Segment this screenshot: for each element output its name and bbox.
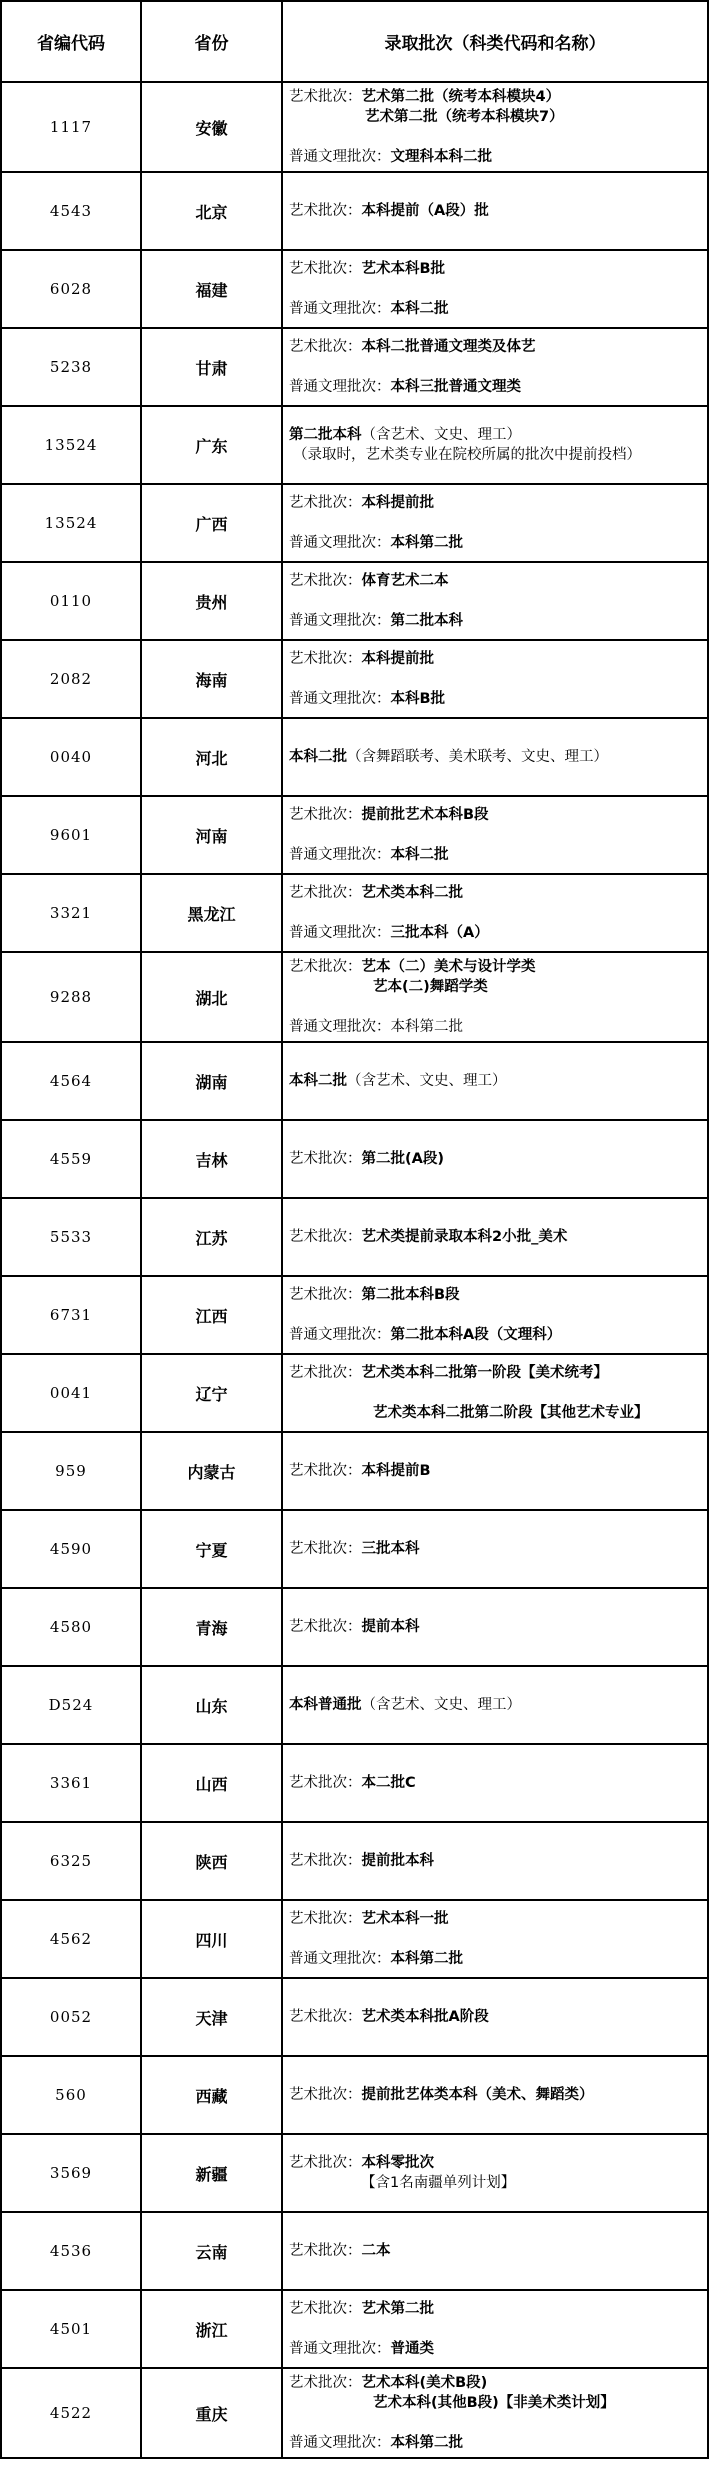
batch-line: 艺术第二批（统考本科模块7） — [289, 107, 705, 127]
province-code-cell: 5238 — [1, 328, 141, 406]
batch-label: 艺术批次： — [289, 2301, 362, 2317]
province-code-cell: 5533 — [1, 1198, 141, 1276]
batch-cell: 艺术批次：本科提前（A段）批 — [282, 172, 708, 250]
batch-line: 艺术批次：艺术类本科批A阶段 — [289, 2007, 705, 2027]
batch-label: 艺术批次： — [289, 1619, 362, 1635]
batch-value: 第二批本科B段 — [362, 1287, 460, 1303]
batch-label: （录取时，艺术类专业在院校所属的批次中提前投档） — [293, 447, 641, 463]
table-row: 5238甘肃艺术批次：本科二批普通文理类及体艺普通文理批次：本科三批普通文理类 — [1, 328, 708, 406]
batch-line: 普通文理批次：本科第二批 — [289, 1949, 705, 1969]
batch-cell: 艺术批次：本科提前批普通文理批次：本科B批 — [282, 640, 708, 718]
batch-value: 本科二批 — [391, 301, 449, 317]
batch-label: 艺术批次： — [289, 1463, 362, 1479]
province-code-cell: 4543 — [1, 172, 141, 250]
table-row: 4559吉林艺术批次：第二批(A段) — [1, 1120, 708, 1198]
batch-value: 本科提前批 — [362, 495, 435, 511]
province-name-cell: 重庆 — [141, 2368, 282, 2458]
batch-label: 艺术批次： — [289, 261, 362, 277]
batch-value: 三批本科（A） — [391, 925, 489, 941]
province-name-cell: 云南 — [141, 2212, 282, 2290]
admission-batch-table: 省编代码 省份 录取批次（科类代码和名称） 1117安徽艺术批次：艺术第二批（统… — [0, 0, 709, 2459]
batch-label: 艺术批次： — [289, 1775, 362, 1791]
batch-cell: 艺术批次：艺术类本科二批普通文理批次：三批本科（A） — [282, 874, 708, 952]
province-name-cell: 山西 — [141, 1744, 282, 1822]
batch-label: （含舞蹈联考、美术联考、文史、理工） — [347, 749, 608, 765]
batch-line: 艺术批次：艺术第二批（统考本科模块4） — [289, 87, 705, 107]
table-row: 560西藏艺术批次：提前批艺体类本科（美术、舞蹈类） — [1, 2056, 708, 2134]
batch-label: 普通文理批次： — [289, 379, 391, 395]
batch-value: 艺术第二批 — [362, 2301, 435, 2317]
batch-value: 本科三批普通文理类 — [391, 379, 522, 395]
batch-label: 普通文理批次： — [289, 925, 391, 941]
table-row: 13524广东第二批本科（含艺术、文史、理工）（录取时，艺术类专业在院校所属的批… — [1, 406, 708, 484]
batch-line: 艺术批次：提前批本科 — [289, 1851, 705, 1871]
batch-cell: 艺术批次：艺本（二）美术与设计学类艺本(二)舞蹈学类普通文理批次：本科第二批 — [282, 952, 708, 1042]
table-header: 省编代码 省份 录取批次（科类代码和名称） — [1, 1, 708, 82]
batch-cell: 艺术批次：提前批本科 — [282, 1822, 708, 1900]
batch-label: 艺术批次： — [289, 1287, 362, 1303]
province-code-cell: 13524 — [1, 484, 141, 562]
batch-value: 本科零批次 — [362, 2155, 435, 2171]
table-row: 4580青海艺术批次：提前本科 — [1, 1588, 708, 1666]
province-name-cell: 海南 — [141, 640, 282, 718]
batch-value: 第二批本科 — [391, 613, 464, 629]
batch-value: 提前批艺术本科B段 — [362, 807, 489, 823]
batch-value: 艺本(二)舞蹈学类 — [373, 979, 488, 995]
batch-cell: 艺术批次：提前本科 — [282, 1588, 708, 1666]
province-code-cell: 0052 — [1, 1978, 141, 2056]
batch-line: 艺术批次：第二批本科B段 — [289, 1285, 705, 1305]
province-code-cell: 1117 — [1, 82, 141, 172]
table-row: 6028福建艺术批次：艺术本科B批普通文理批次：本科二批 — [1, 250, 708, 328]
province-name-cell: 贵州 — [141, 562, 282, 640]
table-row: 4564湖南本科二批（含艺术、文史、理工） — [1, 1042, 708, 1120]
batch-label: 艺术批次： — [289, 2087, 362, 2103]
batch-cell: 艺术批次：体育艺术二本普通文理批次：第二批本科 — [282, 562, 708, 640]
batch-line: 艺本(二)舞蹈学类 — [289, 977, 705, 997]
province-code-cell: 9601 — [1, 796, 141, 874]
batch-label: 艺术批次： — [289, 495, 362, 511]
batch-value: 艺术类本科二批 — [362, 885, 464, 901]
province-code-cell: 4590 — [1, 1510, 141, 1588]
batch-label: （含艺术、文史、理工） — [347, 1073, 507, 1089]
batch-line: 普通文理批次：普通类 — [289, 2339, 705, 2359]
batch-line: 第二批本科（含艺术、文史、理工） — [289, 425, 705, 445]
table-row: 4562四川艺术批次：艺术本科一批普通文理批次：本科第二批 — [1, 1900, 708, 1978]
batch-value: 文理科本科二批 — [391, 149, 493, 165]
province-name-cell: 山东 — [141, 1666, 282, 1744]
batch-value: 艺术第二批（统考本科模块7） — [365, 109, 564, 125]
batch-line: 艺术批次：艺术本科(美术B段) — [289, 2373, 705, 2393]
batch-value: 艺术本科(美术B段) — [362, 2375, 488, 2391]
province-name-cell: 河北 — [141, 718, 282, 796]
batch-label: 普通文理批次： — [289, 1951, 391, 1967]
province-name-cell: 青海 — [141, 1588, 282, 1666]
batch-value: 艺术类本科二批第一阶段【美术统考】 — [362, 1365, 609, 1381]
batch-value: 本科提前（A段）批 — [362, 203, 489, 219]
batch-label: 普通文理批次： — [289, 1019, 391, 1035]
batch-line: 普通文理批次：文理科本科二批 — [289, 147, 705, 167]
table-row: 2082海南艺术批次：本科提前批普通文理批次：本科B批 — [1, 640, 708, 718]
province-name-cell: 安徽 — [141, 82, 282, 172]
batch-cell: 艺术批次：艺术类本科二批第一阶段【美术统考】艺术类本科二批第二阶段【其他艺术专业… — [282, 1354, 708, 1432]
batch-cell: 艺术批次：艺术本科一批普通文理批次：本科第二批 — [282, 1900, 708, 1978]
batch-cell: 本科二批（含舞蹈联考、美术联考、文史、理工） — [282, 718, 708, 796]
batch-label: 普通文理批次： — [289, 2341, 391, 2357]
batch-cell: 艺术批次：艺术第二批（统考本科模块4）艺术第二批（统考本科模块7）普通文理批次：… — [282, 82, 708, 172]
batch-value: 第二批本科A段（文理科） — [391, 1327, 562, 1343]
batch-label: 艺术批次： — [289, 1365, 362, 1381]
province-name-cell: 甘肃 — [141, 328, 282, 406]
province-code-cell: 3321 — [1, 874, 141, 952]
batch-value: 本科二批 — [391, 847, 449, 863]
batch-label: 艺术批次： — [289, 1229, 362, 1245]
province-code-cell: 0110 — [1, 562, 141, 640]
batch-line: 艺术本科(其他B段)【非美术类计划】 — [289, 2393, 705, 2413]
batch-value: 本科二批 — [289, 1073, 347, 1089]
batch-cell: 艺术批次：本二批C — [282, 1744, 708, 1822]
province-code-cell: 6325 — [1, 1822, 141, 1900]
province-code-cell: 13524 — [1, 406, 141, 484]
batch-label: 普通文理批次： — [289, 847, 391, 863]
batch-line: 本科二批（含艺术、文史、理工） — [289, 1071, 705, 1091]
batch-line: 艺术批次：本科零批次 — [289, 2153, 705, 2173]
batch-line: 普通文理批次：本科三批普通文理类 — [289, 377, 705, 397]
province-code-cell: 6028 — [1, 250, 141, 328]
table-row: 0110贵州艺术批次：体育艺术二本普通文理批次：第二批本科 — [1, 562, 708, 640]
province-name-cell: 湖北 — [141, 952, 282, 1042]
batch-label: 艺术批次： — [289, 2009, 362, 2025]
batch-line: 艺术批次：本科提前批 — [289, 493, 705, 513]
table-row: 4536云南艺术批次：二本 — [1, 2212, 708, 2290]
batch-line: 艺术批次：艺术本科B批 — [289, 259, 705, 279]
batch-line: 艺术批次：体育艺术二本 — [289, 571, 705, 591]
batch-value: 体育艺术二本 — [362, 573, 449, 589]
table-row: 6325陕西艺术批次：提前批本科 — [1, 1822, 708, 1900]
batch-label: 艺术批次： — [289, 2155, 362, 2171]
batch-line: 艺术批次：艺术第二批 — [289, 2299, 705, 2319]
table-row: 9601河南艺术批次：提前批艺术本科B段普通文理批次：本科二批 — [1, 796, 708, 874]
header-col-batch: 录取批次（科类代码和名称） — [282, 1, 708, 82]
table-row: 4543北京艺术批次：本科提前（A段）批 — [1, 172, 708, 250]
province-code-cell: 0040 — [1, 718, 141, 796]
batch-value: 本科普通批 — [289, 1697, 362, 1713]
batch-line: 艺术批次：提前批艺体类本科（美术、舞蹈类） — [289, 2085, 705, 2105]
table-row: 3321黑龙江艺术批次：艺术类本科二批普通文理批次：三批本科（A） — [1, 874, 708, 952]
batch-value: 本科提前批 — [362, 651, 435, 667]
province-code-cell: 4564 — [1, 1042, 141, 1120]
batch-line: 普通文理批次：本科B批 — [289, 689, 705, 709]
table-row: 4501浙江艺术批次：艺术第二批普通文理批次：普通类 — [1, 2290, 708, 2368]
batch-line: （录取时，艺术类专业在院校所属的批次中提前投档） — [289, 445, 705, 465]
batch-line: 艺术批次：本科二批普通文理类及体艺 — [289, 337, 705, 357]
table-row: D524山东本科普通批（含艺术、文史、理工） — [1, 1666, 708, 1744]
batch-value: 艺术类本科二批第二阶段【其他艺术专业】 — [373, 1405, 649, 1421]
province-code-cell: 9288 — [1, 952, 141, 1042]
batch-cell: 艺术批次：艺术第二批普通文理批次：普通类 — [282, 2290, 708, 2368]
batch-value: 本科二批普通文理类及体艺 — [362, 339, 536, 355]
batch-label: 普通文理批次： — [289, 149, 391, 165]
batch-label: 普通文理批次： — [289, 1327, 391, 1343]
province-name-cell: 宁夏 — [141, 1510, 282, 1588]
batch-line: 艺术批次：艺术类本科二批 — [289, 883, 705, 903]
batch-line: 普通文理批次：本科第二批 — [289, 533, 705, 553]
batch-line: 艺术批次：艺术类提前录取本科2小批_美术 — [289, 1227, 705, 1247]
batch-value: 第二批(A段) — [362, 1151, 444, 1167]
batch-line: 普通文理批次：本科二批 — [289, 845, 705, 865]
batch-value: 艺术本科B批 — [362, 261, 446, 277]
batch-line: 艺术批次：二本 — [289, 2241, 705, 2261]
table-row: 0052天津艺术批次：艺术类本科批A阶段 — [1, 1978, 708, 2056]
batch-label: 艺术批次： — [289, 339, 362, 355]
batch-line: 艺术批次：提前本科 — [289, 1617, 705, 1637]
province-name-cell: 西藏 — [141, 2056, 282, 2134]
table-body: 1117安徽艺术批次：艺术第二批（统考本科模块4）艺术第二批（统考本科模块7）普… — [1, 82, 708, 2458]
batch-label: 艺术批次： — [289, 651, 362, 667]
batch-label: 艺术批次： — [289, 573, 362, 589]
batch-cell: 艺术批次：艺术本科B批普通文理批次：本科二批 — [282, 250, 708, 328]
batch-cell: 第二批本科（含艺术、文史、理工）（录取时，艺术类专业在院校所属的批次中提前投档） — [282, 406, 708, 484]
province-code-cell: 4536 — [1, 2212, 141, 2290]
batch-line: 艺术批次：本二批C — [289, 1773, 705, 1793]
batch-value: 本科二批 — [289, 749, 347, 765]
batch-value: 本科提前B — [362, 1463, 431, 1479]
province-name-cell: 江西 — [141, 1276, 282, 1354]
table-row: 1117安徽艺术批次：艺术第二批（统考本科模块4）艺术第二批（统考本科模块7）普… — [1, 82, 708, 172]
batch-value: 艺本（二）美术与设计学类 — [362, 959, 536, 975]
batch-label: 艺术批次： — [289, 89, 362, 105]
province-name-cell: 福建 — [141, 250, 282, 328]
batch-label: 艺术批次： — [289, 2375, 362, 2391]
batch-line: 艺术批次：提前批艺术本科B段 — [289, 805, 705, 825]
province-name-cell: 河南 — [141, 796, 282, 874]
batch-value: 艺术本科(其他B段)【非美术类计划】 — [373, 2395, 615, 2411]
batch-line: 普通文理批次：三批本科（A） — [289, 923, 705, 943]
batch-label: 艺术批次： — [289, 1151, 362, 1167]
province-name-cell: 江苏 — [141, 1198, 282, 1276]
batch-cell: 艺术批次：本科二批普通文理类及体艺普通文理批次：本科三批普通文理类 — [282, 328, 708, 406]
province-code-cell: 4559 — [1, 1120, 141, 1198]
batch-line: 普通文理批次：第二批本科A段（文理科） — [289, 1325, 705, 1345]
batch-label: 普通文理批次： — [289, 301, 391, 317]
batch-value: 本科B批 — [391, 691, 446, 707]
province-code-cell: 0041 — [1, 1354, 141, 1432]
batch-value: 提前批艺体类本科（美术、舞蹈类） — [362, 2087, 594, 2103]
batch-label: （含艺术、文史、理工） — [362, 427, 522, 443]
batch-value: 本科第二批 — [391, 535, 464, 551]
province-code-cell: 3361 — [1, 1744, 141, 1822]
province-name-cell: 广西 — [141, 484, 282, 562]
batch-cell: 本科二批（含艺术、文史、理工） — [282, 1042, 708, 1120]
province-name-cell: 四川 — [141, 1900, 282, 1978]
table-row: 13524广西艺术批次：本科提前批普通文理批次：本科第二批 — [1, 484, 708, 562]
batch-value: 本科第二批 — [391, 2435, 464, 2451]
table-row: 9288湖北艺术批次：艺本（二）美术与设计学类艺本(二)舞蹈学类普通文理批次：本… — [1, 952, 708, 1042]
batch-value: 艺术本科一批 — [362, 1911, 449, 1927]
batch-label: 艺术批次： — [289, 885, 362, 901]
province-name-cell: 内蒙古 — [141, 1432, 282, 1510]
batch-label: 普通文理批次： — [289, 613, 391, 629]
batch-line: 【含1名南疆单列计划】 — [289, 2173, 705, 2193]
batch-cell: 艺术批次：二本 — [282, 2212, 708, 2290]
batch-line: 普通文理批次：本科二批 — [289, 299, 705, 319]
province-name-cell: 黑龙江 — [141, 874, 282, 952]
table-row: 6731江西艺术批次：第二批本科B段普通文理批次：第二批本科A段（文理科） — [1, 1276, 708, 1354]
province-code-cell: 560 — [1, 2056, 141, 2134]
batch-cell: 艺术批次：本科提前批普通文理批次：本科第二批 — [282, 484, 708, 562]
batch-line: 艺术批次：本科提前B — [289, 1461, 705, 1481]
province-code-cell: 3569 — [1, 2134, 141, 2212]
batch-line: 艺术批次：三批本科 — [289, 1539, 705, 1559]
province-name-cell: 吉林 — [141, 1120, 282, 1198]
batch-cell: 艺术批次：第二批本科B段普通文理批次：第二批本科A段（文理科） — [282, 1276, 708, 1354]
table-row: 3569新疆艺术批次：本科零批次【含1名南疆单列计划】 — [1, 2134, 708, 2212]
batch-label: 普通文理批次： — [289, 691, 391, 707]
batch-line: 艺术批次：艺术类本科二批第一阶段【美术统考】 — [289, 1363, 705, 1383]
batch-line: 普通文理批次：本科第二批 — [289, 2433, 705, 2453]
table-row: 3361山西艺术批次：本二批C — [1, 1744, 708, 1822]
batch-value: 艺术类本科批A阶段 — [362, 2009, 489, 2025]
batch-label: 艺术批次： — [289, 203, 362, 219]
batch-label: （含艺术、文史、理工） — [362, 1697, 522, 1713]
batch-cell: 本科普通批（含艺术、文史、理工） — [282, 1666, 708, 1744]
batch-label: 艺术批次： — [289, 959, 362, 975]
batch-line: 艺术批次：第二批(A段) — [289, 1149, 705, 1169]
province-code-cell: 4580 — [1, 1588, 141, 1666]
header-col-code: 省编代码 — [1, 1, 141, 82]
batch-label: 普通文理批次： — [289, 535, 391, 551]
batch-label: 普通文理批次： — [289, 2435, 391, 2451]
batch-cell: 艺术批次：本科零批次【含1名南疆单列计划】 — [282, 2134, 708, 2212]
table-row: 959内蒙古艺术批次：本科提前B — [1, 1432, 708, 1510]
batch-value: 艺术第二批（统考本科模块4） — [362, 89, 561, 105]
batch-label: 艺术批次： — [289, 2243, 362, 2259]
batch-line: 艺术批次：本科提前（A段）批 — [289, 201, 705, 221]
batch-cell: 艺术批次：三批本科 — [282, 1510, 708, 1588]
province-code-cell: 4501 — [1, 2290, 141, 2368]
batch-line: 艺术批次：艺本（二）美术与设计学类 — [289, 957, 705, 977]
province-name-cell: 北京 — [141, 172, 282, 250]
batch-label: 【含1名南疆单列计划】 — [361, 2175, 515, 2191]
table-row: 4522重庆艺术批次：艺术本科(美术B段)艺术本科(其他B段)【非美术类计划】普… — [1, 2368, 708, 2458]
batch-cell: 艺术批次：艺术类提前录取本科2小批_美术 — [282, 1198, 708, 1276]
batch-value: 普通类 — [391, 2341, 435, 2357]
header-row: 省编代码 省份 录取批次（科类代码和名称） — [1, 1, 708, 82]
province-code-cell: 4562 — [1, 1900, 141, 1978]
province-name-cell: 新疆 — [141, 2134, 282, 2212]
batch-value: 艺术类提前录取本科2小批_美术 — [362, 1229, 568, 1245]
batch-value: 二本 — [362, 2243, 391, 2259]
province-code-cell: 959 — [1, 1432, 141, 1510]
province-name-cell: 浙江 — [141, 2290, 282, 2368]
province-code-cell: 2082 — [1, 640, 141, 718]
batch-line: 艺术批次：艺术本科一批 — [289, 1909, 705, 1929]
batch-label: 艺术批次： — [289, 1853, 362, 1869]
table-row: 0040河北本科二批（含舞蹈联考、美术联考、文史、理工） — [1, 718, 708, 796]
province-code-cell: D524 — [1, 1666, 141, 1744]
batch-value: 提前批本科 — [362, 1853, 435, 1869]
batch-line: 艺术批次：本科提前批 — [289, 649, 705, 669]
batch-cell: 艺术批次：提前批艺术本科B段普通文理批次：本科二批 — [282, 796, 708, 874]
table-row: 5533江苏艺术批次：艺术类提前录取本科2小批_美术 — [1, 1198, 708, 1276]
batch-value: 本科第二批 — [391, 1951, 464, 1967]
province-name-cell: 辽宁 — [141, 1354, 282, 1432]
province-name-cell: 广东 — [141, 406, 282, 484]
batch-line: 普通文理批次：第二批本科 — [289, 611, 705, 631]
batch-line: 本科二批（含舞蹈联考、美术联考、文史、理工） — [289, 747, 705, 767]
province-name-cell: 湖南 — [141, 1042, 282, 1120]
batch-value: 提前本科 — [362, 1619, 420, 1635]
header-col-province: 省份 — [141, 1, 282, 82]
province-name-cell: 陕西 — [141, 1822, 282, 1900]
batch-value: 三批本科 — [362, 1541, 420, 1557]
batch-value: 本二批C — [362, 1775, 416, 1791]
batch-label: 艺术批次： — [289, 1911, 362, 1927]
table-row: 4590宁夏艺术批次：三批本科 — [1, 1510, 708, 1588]
province-code-cell: 6731 — [1, 1276, 141, 1354]
batch-label: 艺术批次： — [289, 1541, 362, 1557]
batch-line: 普通文理批次：本科第二批 — [289, 1017, 705, 1037]
batch-label: 本科第二批 — [391, 1019, 464, 1035]
batch-cell: 艺术批次：艺术本科(美术B段)艺术本科(其他B段)【非美术类计划】普通文理批次：… — [282, 2368, 708, 2458]
batch-label: 艺术批次： — [289, 807, 362, 823]
province-code-cell: 4522 — [1, 2368, 141, 2458]
province-name-cell: 天津 — [141, 1978, 282, 2056]
batch-cell: 艺术批次：艺术类本科批A阶段 — [282, 1978, 708, 2056]
batch-cell: 艺术批次：第二批(A段) — [282, 1120, 708, 1198]
batch-value: 第二批本科 — [289, 427, 362, 443]
batch-line: 艺术类本科二批第二阶段【其他艺术专业】 — [289, 1403, 705, 1423]
table-row: 0041辽宁艺术批次：艺术类本科二批第一阶段【美术统考】艺术类本科二批第二阶段【… — [1, 1354, 708, 1432]
batch-line: 本科普通批（含艺术、文史、理工） — [289, 1695, 705, 1715]
batch-cell: 艺术批次：本科提前B — [282, 1432, 708, 1510]
batch-cell: 艺术批次：提前批艺体类本科（美术、舞蹈类） — [282, 2056, 708, 2134]
